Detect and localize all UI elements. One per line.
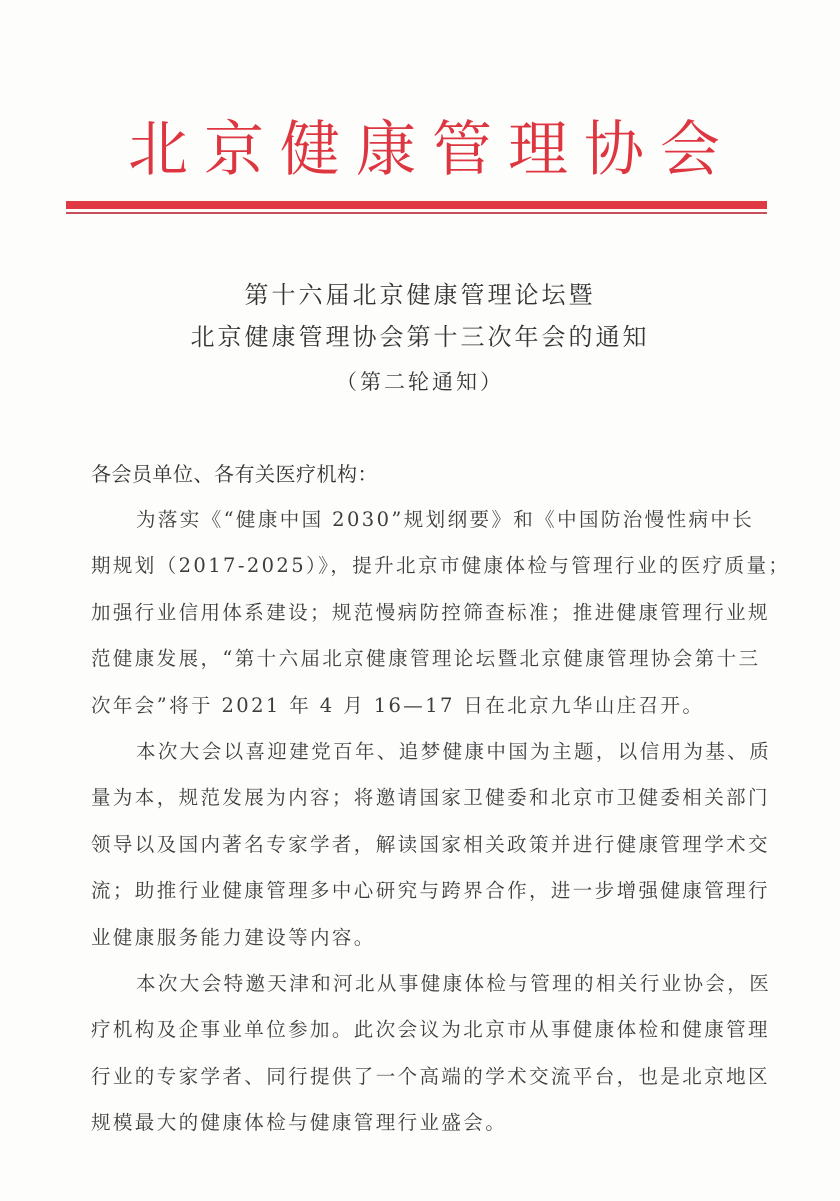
letterhead-divider-thin	[66, 212, 767, 214]
letterhead: 北 京 健 康 管 理 协 会	[0, 112, 840, 192]
body-line: 范健康发展，“第十六届北京健康管理论坛暨北京健康管理协会第十三	[91, 644, 761, 690]
body-line: 本次大会以喜迎建党百年、追梦健康中国为主题，以信用为基、质	[91, 737, 761, 783]
document-page: 北 京 健 康 管 理 协 会 第十六届北京健康管理论坛暨 北京健康管理协会第十…	[0, 0, 840, 1201]
paragraph-3: 本次大会特邀天津和河北从事健康体检与管理的相关行业协会，医 疗机构及企事业单位参…	[91, 969, 761, 1155]
body-line: 量为本，规范发展为内容；将邀请国家卫健委和北京市卫健委相关部门	[91, 783, 761, 829]
letterhead-divider-thick	[66, 201, 767, 209]
body-line: 行业的专家学者、同行提供了一个高端的学术交流平台，也是北京地区	[91, 1062, 761, 1108]
notice-title: 第十六届北京健康管理论坛暨 北京健康管理协会第十三次年会的通知 （第二轮通知）	[0, 274, 840, 404]
body-line: 本次大会特邀天津和河北从事健康体检与管理的相关行业协会，医	[91, 969, 761, 1015]
body-line: 加强行业信用体系建设；规范慢病防控筛查标准；推进健康管理行业规	[91, 598, 761, 644]
body-line: 疗机构及企事业单位参加。此次会议为北京市从事健康体检和健康管理	[91, 1015, 761, 1061]
notice-subtitle: （第二轮通知）	[0, 360, 840, 404]
body-line: 规模最大的健康体检与健康管理行业盛会。	[91, 1108, 761, 1154]
body-line: 为落实《“健康中国 2030”规划纲要》和《中国防治慢性病中长	[91, 505, 761, 551]
letterhead-char: 协	[584, 112, 660, 188]
paragraph-2: 本次大会以喜迎建党百年、追梦健康中国为主题，以信用为基、质 量为本，规范发展为内…	[91, 737, 761, 969]
salutation: 各会员单位、各有关医疗机构：	[91, 459, 378, 489]
letterhead-char: 管	[432, 112, 508, 188]
body-line: 流；助推行业健康管理多中心研究与跨界合作，进一步增强健康管理行	[91, 876, 761, 922]
title-line-1: 第十六届北京健康管理论坛暨	[0, 274, 840, 316]
body-line: 期规划（2017-2025）》，提升北京市健康体检与管理行业的医疗质量；	[91, 551, 761, 597]
paragraph-1: 为落实《“健康中国 2030”规划纲要》和《中国防治慢性病中长 期规划（2017…	[91, 505, 761, 737]
letterhead-char: 健	[280, 112, 356, 188]
title-line-2: 北京健康管理协会第十三次年会的通知	[0, 316, 840, 358]
organization-name: 北 京 健 康 管 理 协 会	[128, 112, 736, 188]
letterhead-char: 理	[508, 112, 584, 188]
letterhead-char: 会	[660, 112, 736, 188]
body-line: 次年会”将于 2021 年 4 月 16—17 日在北京九华山庄召开。	[91, 691, 761, 737]
notice-body: 为落实《“健康中国 2030”规划纲要》和《中国防治慢性病中长 期规划（2017…	[91, 505, 761, 1154]
body-line: 业健康服务能力建设等内容。	[91, 923, 761, 969]
letterhead-char: 北	[128, 112, 204, 188]
letterhead-char: 康	[356, 112, 432, 188]
letterhead-char: 京	[204, 112, 280, 188]
body-line: 领导以及国内著名专家学者，解读国家相关政策并进行健康管理学术交	[91, 830, 761, 876]
